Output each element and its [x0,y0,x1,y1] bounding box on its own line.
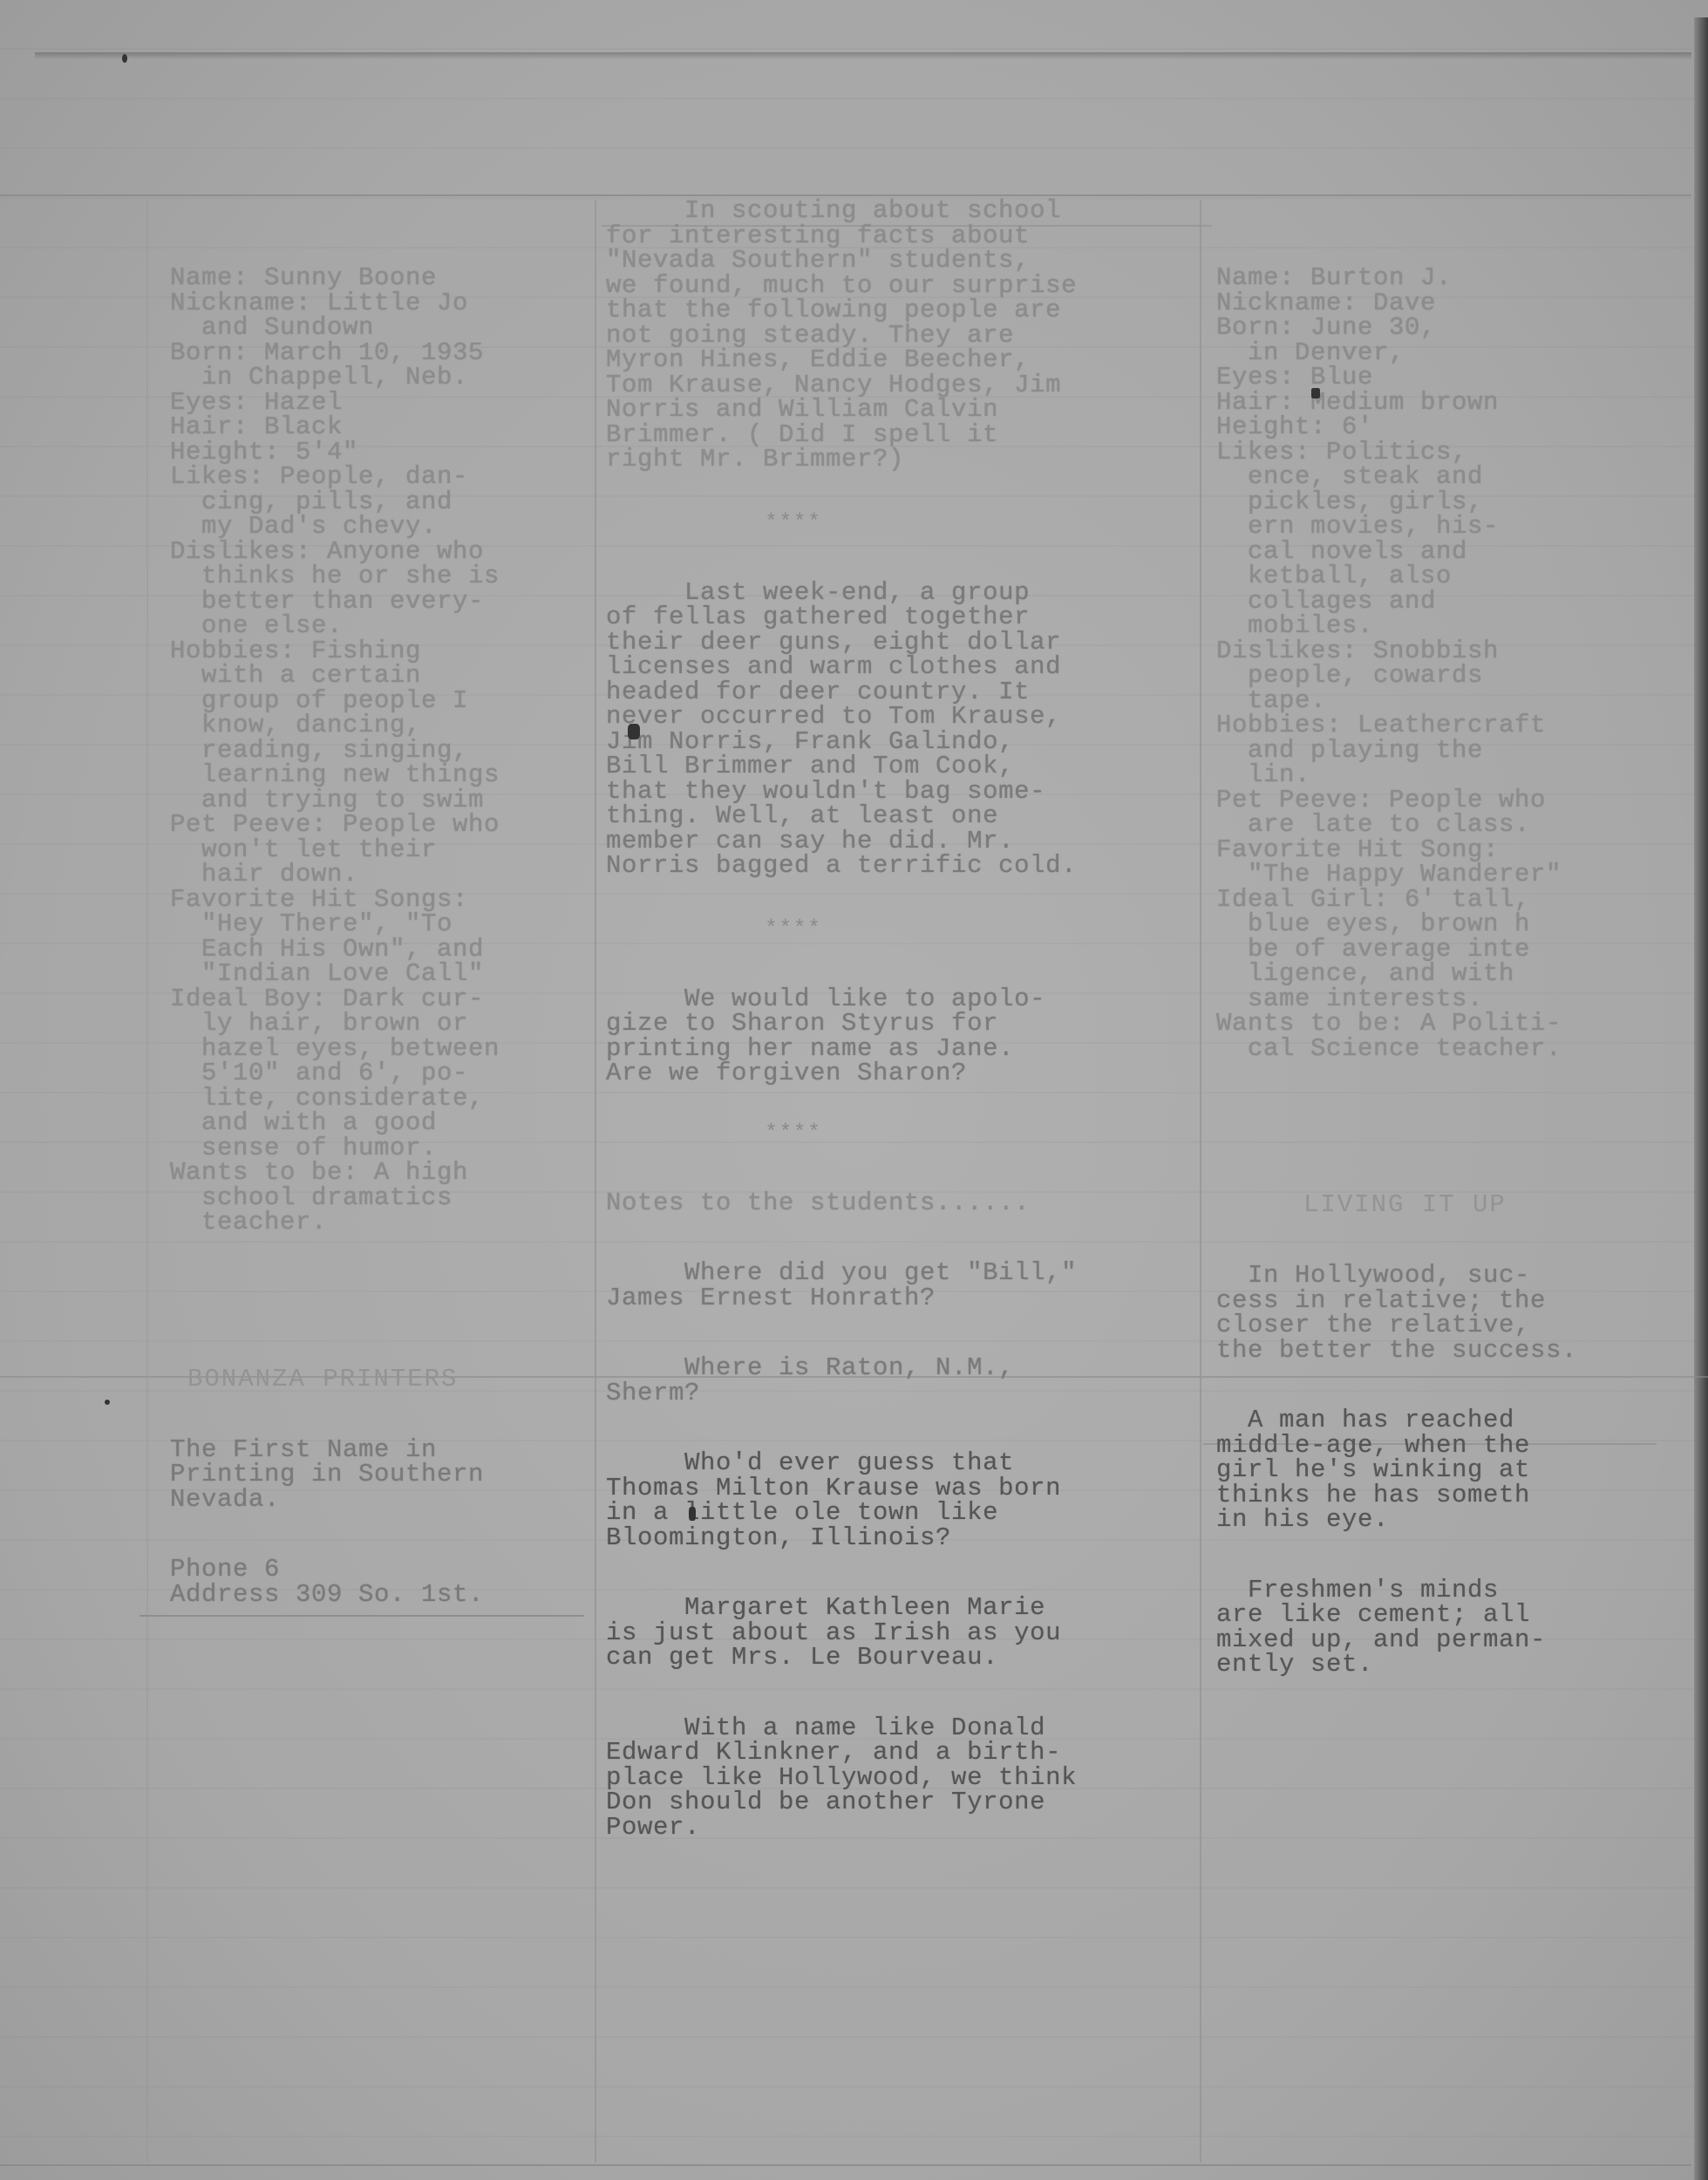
text-line: thinks he has someth [1216,1483,1670,1509]
text-line: Sherm? [606,1381,1208,1407]
text-line: closer the relative, [1216,1313,1670,1339]
ink-speck [689,1507,696,1521]
living-it-up-jokes: In Hollywood, suc-cess in relative; thec… [1216,1218,1670,1678]
text-line: tape. [1216,689,1670,714]
text-line: Pet Peeve: People who [170,813,580,838]
text-line: Bloomington, Illinois? [606,1526,1208,1551]
ad-phone: Phone 6 [170,1557,580,1583]
text-line: ern movies, his- [1216,514,1670,540]
text-line: the better the success. [1216,1339,1670,1364]
gossip-item: We would like to apolo-gize to Sharon St… [606,987,1208,1087]
text-line: group of people I [170,689,580,714]
text-line: mixed up, and perman- [1216,1628,1670,1653]
text-line: Height: 5'4" [170,440,580,466]
middle-column: In scouting about schoolfor interesting … [606,199,1208,1840]
text-line: Freshmen's minds [1216,1578,1670,1604]
text-line: ligence, and with [1216,962,1670,987]
text-line: know, dancing, [170,713,580,739]
text-line: Where is Raton, N.M., [606,1356,1208,1381]
text-line: people, cowards [1216,664,1670,689]
text-line: Edward Klinkner, and a birth- [606,1741,1208,1766]
text-line: Margaret Kathleen Marie [606,1596,1208,1621]
text-line: cal novels and [1216,540,1670,565]
text-line: and Sundown [170,316,580,341]
text-line: In scouting about school [606,199,1208,224]
text-line: Don should be another Tyrone [606,1790,1208,1816]
text-line: Who'd ever guess that [606,1451,1208,1476]
text-line: Each His Own", and [170,937,580,963]
text-line: Thomas Milton Krause was born [606,1476,1208,1502]
text-line: Likes: People, dan- [170,465,580,490]
text-line: We would like to apolo- [606,987,1208,1012]
text-line: "Indian Love Call" [170,962,580,987]
text-line: Name: Sunny Boone [170,266,580,291]
text-line: that the following people are [606,298,1208,324]
joke-item: A man has reachedmiddle-age, when thegir… [1216,1408,1670,1533]
text-line: hair down. [170,862,580,888]
text-line: Wants to be: A high [170,1161,580,1186]
page-top-shadow [35,52,1691,59]
text-line: with a certain [170,664,580,689]
gossip-item: Last week-end, a groupof fellas gathered… [606,581,1208,879]
text-line: lin. [1216,763,1670,788]
text-line: The First Name in [170,1438,580,1463]
student-profile-right: Name: Burton J.Nickname: DaveBorn: June … [1216,266,1670,1061]
text-line: Nickname: Dave [1216,291,1670,317]
text-line: pickles, girls, [1216,490,1670,515]
text-line: Myron Hines, Eddie Beecher, [606,348,1208,373]
notes-heading: Notes to the students...... [606,1191,1208,1216]
note-item: With a name like DonaldEdward Klinkner, … [606,1716,1208,1841]
left-column: Name: Sunny BooneNickname: Little Jo and… [170,196,580,1607]
ink-speck [105,1400,110,1405]
text-line: be of average inte [1216,937,1670,963]
text-line: Where did you get "Bill," [606,1261,1208,1286]
text-line: Hobbies: Leathercraft [1216,713,1670,739]
text-line: Pet Peeve: People who [1216,788,1670,814]
text-line: Name: Burton J. [1216,266,1670,291]
text-line: won't let their [170,838,580,863]
text-line: cal Science teacher. [1216,1037,1670,1062]
notes-to-students: Where did you get "Bill,"James Ernest Ho… [606,1216,1208,1840]
text-line: ly hair, brown or [170,1012,580,1037]
text-line: member can say he did. Mr. [606,829,1208,855]
text-line: learning new things [170,763,580,788]
note-item: Margaret Kathleen Marieis just about as … [606,1596,1208,1671]
text-line: in his eye. [1216,1508,1670,1533]
ink-speck [1311,388,1320,399]
text-line: Ideal Girl: 6' tall, [1216,888,1670,913]
text-line: Favorite Hit Song: [1216,838,1670,863]
text-line: Wants to be: A Politi- [1216,1012,1670,1037]
text-line: With a name like Donald [606,1716,1208,1741]
text-line: in a little ole town like [606,1501,1208,1526]
text-line: Eyes: Blue [1216,365,1670,391]
text-line: right Mr. Brimmer?) [606,447,1208,473]
text-line: teacher. [170,1210,580,1236]
text-line: Jim Norris, Frank Galindo, [606,730,1208,755]
text-line: blue eyes, brown h [1216,912,1670,937]
text-line: Hair: Medium brown [1216,391,1670,416]
text-line: In Hollywood, suc- [1216,1264,1670,1289]
joke-item: In Hollywood, suc-cess in relative; thec… [1216,1264,1670,1363]
text-line: of fellas gathered together [606,605,1208,630]
gossip-item: In scouting about schoolfor interesting … [606,199,1208,473]
text-line: Tom Krause, Nancy Hodges, Jim [606,373,1208,399]
text-line: Eyes: Hazel [170,391,580,416]
text-line: lite, considerate, [170,1087,580,1112]
text-line: printing her name as Jane. [606,1037,1208,1062]
text-line: Born: March 10, 1935 [170,341,580,366]
text-line: one else. [170,614,580,639]
text-line: in Chappell, Neb. [170,365,580,391]
left-margin-line [146,201,148,2163]
text-line: their deer guns, eight dollar [606,630,1208,656]
section-separator: **** [606,1121,981,1146]
text-line: gize to Sharon Styrus for [606,1012,1208,1037]
living-it-up-title: LIVING IT UP [1216,1192,1670,1218]
text-line: licenses and warm clothes and [606,655,1208,680]
text-line: Born: June 30, [1216,316,1670,341]
text-line: Nickname: Little Jo [170,291,580,317]
text-line: Brimmer. ( Did I spell it [606,423,1208,448]
text-line: for interesting facts about [606,224,1208,249]
text-line: mobiles. [1216,614,1670,639]
text-line: Height: 6' [1216,415,1670,440]
text-line: ently set. [1216,1652,1670,1678]
text-line: place like Hollywood, we think [606,1766,1208,1791]
text-line: 5'10" and 6', po- [170,1061,580,1087]
gossip-items: In scouting about schoolfor interesting … [606,199,1208,1087]
text-line: is just about as Irish as you [606,1621,1208,1646]
text-line: reading, singing, [170,739,580,764]
text-line: girl he's winking at [1216,1458,1670,1483]
text-line: that they wouldn't bag some- [606,780,1208,805]
text-line: Power. [606,1816,1208,1841]
ad-body: The First Name inPrinting in SouthernNev… [170,1438,580,1513]
text-line: hazel eyes, between [170,1037,580,1062]
text-line: Dislikes: Snobbish [1216,639,1670,664]
text-line: Hobbies: Fishing [170,639,580,664]
text-line: Are we forgiven Sharon? [606,1061,1208,1087]
text-line: and trying to swim [170,788,580,814]
text-line: and playing the [1216,739,1670,764]
text-line: "Nevada Southern" students, [606,249,1208,274]
ink-speck [122,54,127,63]
text-line: never occurred to Tom Krause, [606,705,1208,730]
rule-bottom [0,2164,1691,2166]
text-line: A man has reached [1216,1408,1670,1434]
text-line: ketball, also [1216,564,1670,589]
text-line: Ideal Boy: Dark cur- [170,987,580,1012]
text-line: Bill Brimmer and Tom Cook, [606,754,1208,780]
text-line: thinks he or she is [170,564,580,589]
text-line: middle-age, when the [1216,1434,1670,1459]
text-line: not going steady. They are [606,324,1208,349]
text-line: school dramatics [170,1186,580,1211]
text-line: Nevada. [170,1488,580,1513]
text-line: Hair: Black [170,415,580,440]
text-line: James Ernest Honrath? [606,1286,1208,1311]
text-line: ence, steak and [1216,465,1670,490]
text-line: "Hey There", "To [170,912,580,937]
text-line: same interests. [1216,987,1670,1012]
page-right-edge [1694,17,1708,2180]
note-item: Where is Raton, N.M.,Sherm? [606,1356,1208,1406]
text-line: sense of humor. [170,1136,580,1162]
student-profile-left: Name: Sunny BooneNickname: Little Jo and… [170,266,580,1236]
text-line: better than every- [170,589,580,615]
text-line: Dislikes: Anyone who [170,540,580,565]
ad-address: Address 309 So. 1st. [170,1583,580,1608]
text-line: are late to class. [1216,813,1670,838]
text-line: Favorite Hit Songs: [170,888,580,913]
text-line: cess in relative; the [1216,1289,1670,1314]
text-line: can get Mrs. Le Bourveau. [606,1645,1208,1671]
text-line: Norris bagged a terrific cold. [606,854,1208,879]
rule-left-section [139,1615,584,1617]
text-line: Printing in Southern [170,1462,580,1488]
ad-title: BONANZA PRINTERS [170,1366,580,1393]
note-item: Who'd ever guess thatThomas Milton Kraus… [606,1451,1208,1550]
text-line: cing, pills, and [170,490,580,515]
item-separator: **** [606,917,981,942]
text-line: we found, much to our surprise [606,274,1208,299]
ink-speck [628,724,640,739]
joke-item: Freshmen's mindsare like cement; allmixe… [1216,1578,1670,1678]
text-line: Likes: Politics, [1216,440,1670,466]
text-line: my Dad's chevy. [170,514,580,540]
text-line: thing. Well, at least one [606,804,1208,829]
note-item: Where did you get "Bill,"James Ernest Ho… [606,1261,1208,1311]
text-line: in Denver, [1216,341,1670,366]
text-line: and with a good [170,1111,580,1136]
column-divider-1 [595,201,596,2163]
right-column: Name: Burton J.Nickname: DaveBorn: June … [1216,196,1670,1678]
text-line: are like cement; all [1216,1603,1670,1628]
text-line: "The Happy Wanderer" [1216,862,1670,888]
text-line: Norris and William Calvin [606,398,1208,423]
item-separator: **** [606,511,981,535]
text-line: collages and [1216,589,1670,615]
text-line: headed for deer country. It [606,680,1208,705]
text-line: Last week-end, a group [606,581,1208,606]
